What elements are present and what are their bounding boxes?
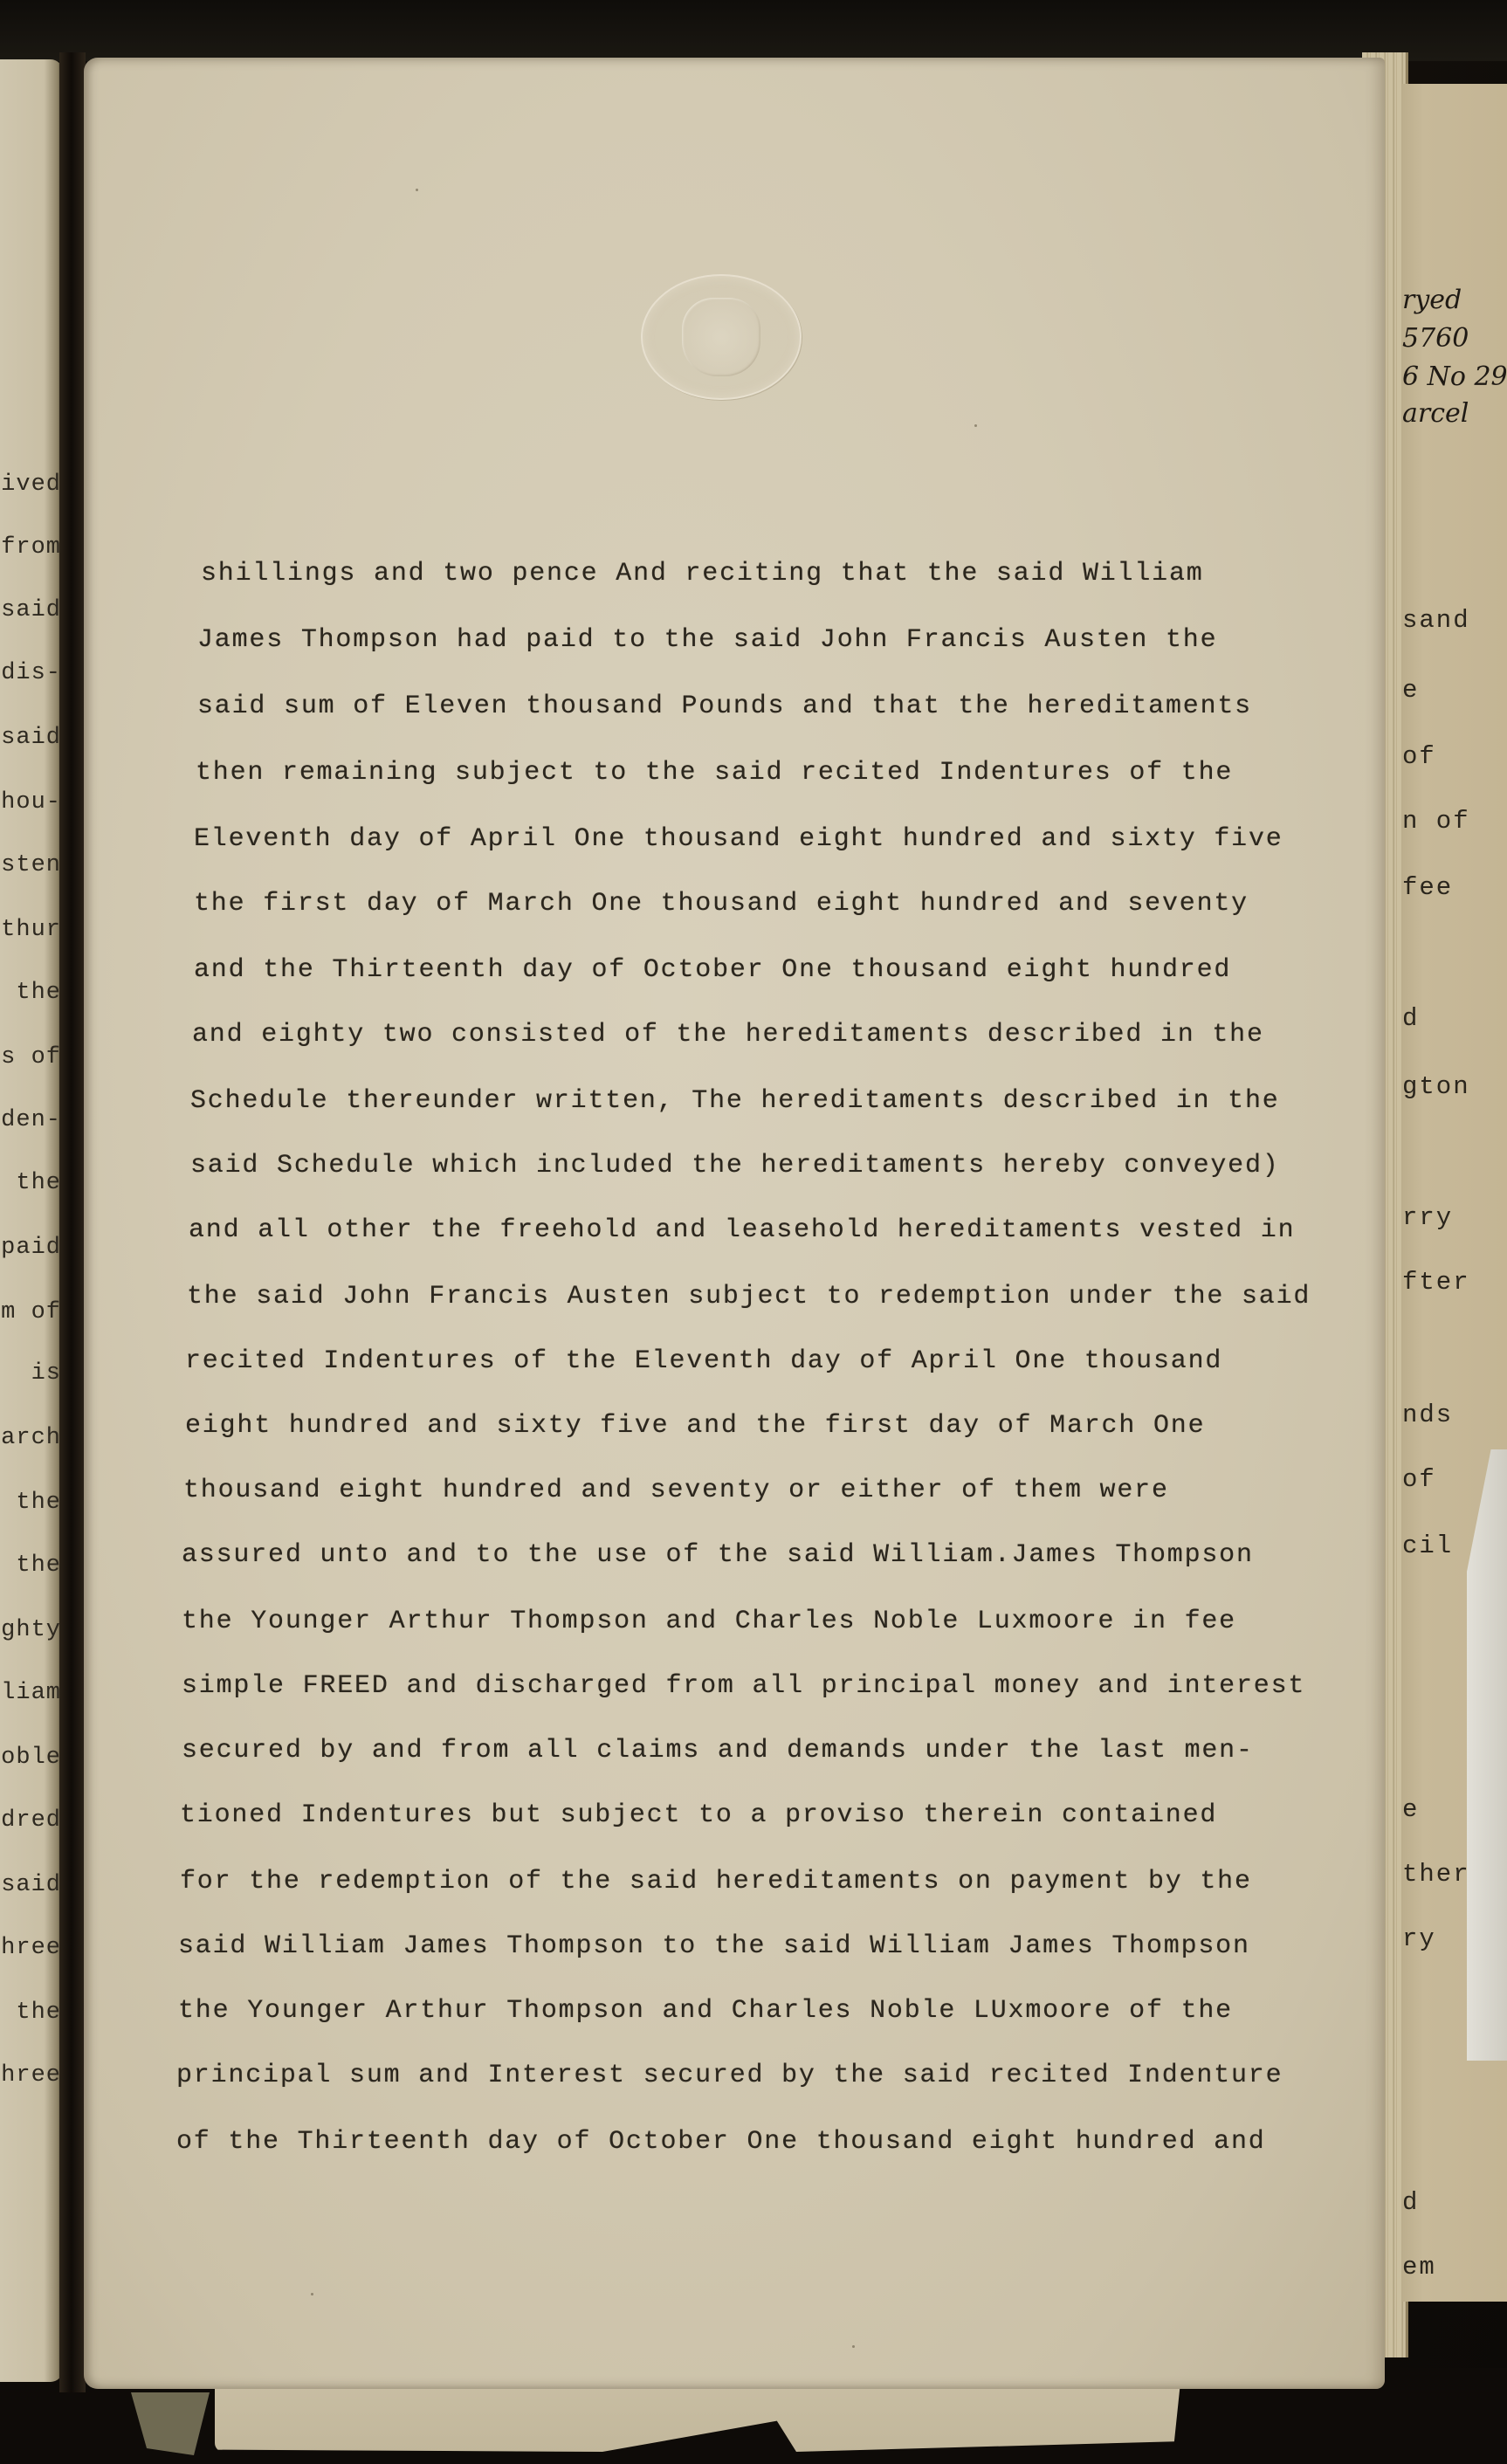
text-line: assured unto and to the use of the said … [182,1540,1254,1570]
text-line: James Thompson had paid to the said John… [197,625,1217,655]
text-line: for the redemption of the said hereditam… [180,1867,1252,1896]
text-line: the first day of March One thousand eigh… [194,889,1249,919]
indenture-text-body: shillings and two pence And reciting tha… [0,0,1507,2464]
text-line: and eighty two consisted of the heredita… [192,1020,1264,1050]
text-line: and all other the freehold and leasehold… [189,1215,1295,1245]
text-line: thousand eight hundred and seventy or ei… [183,1476,1169,1505]
text-line: the Younger Arthur Thompson and Charles … [178,1996,1233,2026]
text-line: Schedule thereunder written, The heredit… [190,1086,1280,1116]
text-line: simple FREED and discharged from all pri… [182,1671,1305,1701]
text-line: eight hundred and sixty five and the fir… [185,1411,1205,1441]
text-line: shillings and two pence And reciting tha… [201,559,1204,588]
text-line: tioned Indentures but subject to a provi… [180,1800,1217,1830]
text-line: of the Thirteenth day of October One tho… [176,2127,1266,2157]
text-line: secured by and from all claims and deman… [182,1736,1254,1765]
text-line: principal sum and Interest secured by th… [176,2061,1283,2090]
text-line: the said John Francis Austen subject to … [187,1282,1311,1311]
text-line: and the Thirteenth day of October One th… [194,955,1231,985]
text-line: the Younger Arthur Thompson and Charles … [182,1607,1236,1636]
text-line: Eleventh day of April One thousand eight… [194,824,1283,854]
text-line: said Schedule which included the heredit… [190,1151,1280,1180]
text-line: said William James Thompson to the said … [178,1931,1250,1961]
text-line: then remaining subject to the said recit… [196,758,1233,788]
text-line: recited Indentures of the Eleventh day o… [185,1346,1222,1376]
text-line: said sum of Eleven thousand Pounds and t… [197,692,1252,721]
